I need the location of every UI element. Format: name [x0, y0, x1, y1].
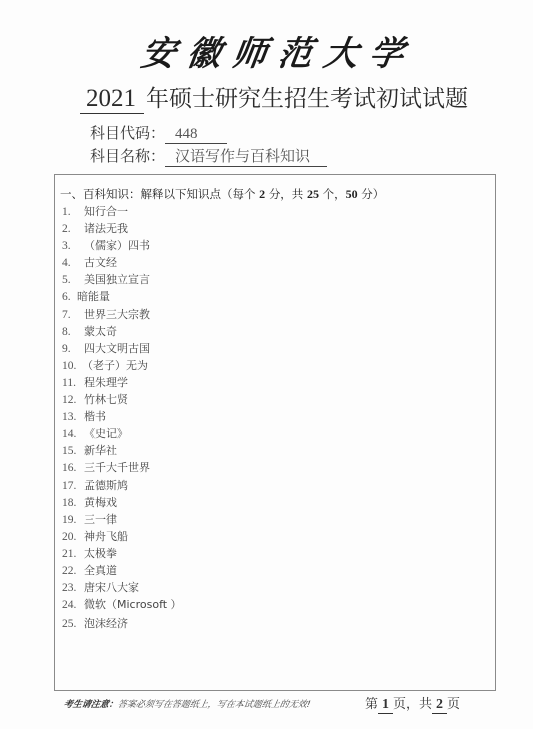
question-item: 4.古文经	[62, 254, 182, 271]
item-number: 1.	[62, 204, 84, 221]
exam-title: 2021年硕士研究生招生考试初试试题	[80, 80, 468, 114]
question-item: 15.新华社	[62, 442, 182, 459]
item-number: 9.	[62, 341, 84, 358]
question-item: 8.蒙太奇	[62, 323, 182, 340]
question-item: 11.程朱理学	[62, 374, 182, 391]
item-number: 3.	[62, 238, 84, 255]
question-item: 1.知行合一	[62, 203, 182, 220]
question-item: 16.三千大千世界	[62, 459, 182, 476]
question-item: 5.美国独立宣言	[62, 271, 182, 288]
heading-text: 个，	[323, 187, 346, 201]
points-each: 2	[259, 187, 265, 201]
item-number: 10.	[62, 358, 82, 375]
item-number: 21.	[62, 546, 84, 563]
university-char: 学	[367, 26, 408, 75]
subject-name-label: 科目名称：	[90, 147, 165, 165]
item-number: 11.	[62, 375, 84, 392]
item-number: 18.	[62, 495, 84, 512]
item-number: 14.	[62, 426, 84, 443]
item-number: 23.	[62, 580, 84, 597]
item-number: 4.	[62, 255, 84, 272]
item-text: 神舟飞船	[84, 530, 128, 543]
item-text: 全真道	[84, 564, 117, 577]
item-number: 16.	[62, 460, 84, 477]
item-number: 22.	[62, 563, 84, 580]
question-item: 3.（儒家）四书	[62, 237, 182, 254]
question-item: 14.《史记》	[62, 425, 182, 442]
university-char: 安	[139, 26, 180, 75]
question-item: 19.三一律	[62, 511, 182, 528]
item-text: 三一律	[84, 513, 117, 526]
item-text: 三千大千世界	[84, 461, 150, 474]
item-text: 蒙太奇	[84, 325, 117, 338]
subject-code-label: 科目代码：	[90, 124, 165, 142]
current-page-number: 1	[378, 697, 393, 714]
item-text: 四大文明古国	[84, 342, 150, 355]
university-char: 师	[230, 26, 271, 75]
total-pages-number: 2	[432, 697, 447, 714]
question-item: 17.孟德斯鸠	[62, 477, 182, 494]
item-text: （儒家）四书	[84, 239, 150, 252]
item-text: 世界三大宗教	[84, 308, 150, 321]
item-text: 泡沫经济	[84, 617, 128, 630]
item-text: 诸法无我	[84, 222, 128, 235]
heading-text: 一、百科知识：解释以下知识点（每个	[60, 187, 256, 201]
section-heading: 一、百科知识：解释以下知识点（每个 2 分，共 25 个，50 分）	[60, 186, 384, 202]
item-text: 微软（Microsoft ）	[84, 598, 182, 611]
item-text: 楷书	[84, 410, 106, 423]
item-number: 24.	[62, 597, 84, 614]
question-item: 7.世界三大宗教	[62, 306, 182, 323]
heading-text: 分）	[361, 187, 384, 201]
item-text: 知行合一	[84, 205, 128, 218]
item-number: 2.	[62, 221, 84, 238]
question-item: 6.暗能量	[62, 288, 182, 305]
exam-year: 2021	[80, 85, 144, 114]
item-text: 《史记》	[84, 427, 128, 440]
page-text: 页，共	[393, 697, 432, 712]
question-list: 1.知行合一 2.诸法无我 3.（儒家）四书 4.古文经 5.美国独立宣言 6.…	[62, 203, 182, 632]
item-number: 25.	[62, 616, 84, 633]
university-char: 徽	[184, 26, 225, 75]
item-text: 新华社	[84, 444, 117, 457]
question-item: 21.太极拳	[62, 545, 182, 562]
item-number: 12.	[62, 392, 84, 409]
item-text: 黄梅戏	[84, 496, 117, 509]
item-text: （老子）无为	[82, 359, 148, 372]
item-number: 6.	[62, 289, 77, 306]
question-item: 10.（老子）无为	[62, 357, 182, 374]
item-number: 20.	[62, 529, 84, 546]
page-text: 第	[365, 697, 378, 712]
item-number: 7.	[62, 307, 84, 324]
subject-code-value: 448	[165, 126, 227, 144]
question-item: 24.微软（Microsoft ）	[62, 596, 182, 613]
item-text: 孟德斯鸠	[84, 479, 128, 492]
item-text: 暗能量	[77, 290, 110, 303]
item-text: 程朱理学	[84, 376, 128, 389]
subject-name-row: 科目名称：汉语写作与百科知识	[90, 145, 327, 167]
heading-text: 分，共	[269, 187, 304, 201]
item-text: 美国独立宣言	[84, 273, 150, 286]
question-item: 12.竹林七贤	[62, 391, 182, 408]
item-number: 13.	[62, 409, 84, 426]
subject-name-value: 汉语写作与百科知识	[165, 145, 327, 167]
candidate-notice: 考生请注意：答案必须写在答题纸上，写在本试题纸上的无效!	[63, 697, 312, 710]
university-char: 范	[275, 26, 316, 75]
item-number: 8.	[62, 324, 84, 341]
question-item: 2.诸法无我	[62, 220, 182, 237]
item-text: 古文经	[84, 256, 117, 269]
page-indicator: 第1页，共2页	[365, 693, 460, 714]
notice-label: 考生请注意：	[63, 700, 119, 710]
item-number: 5.	[62, 272, 84, 289]
page-text: 页	[447, 697, 460, 712]
question-item: 22.全真道	[62, 562, 182, 579]
university-char: 大	[321, 26, 362, 75]
item-text: 竹林七贤	[84, 393, 128, 406]
question-item: 18.黄梅戏	[62, 494, 182, 511]
university-name-calligraphy: 安 徽 师 范 大 学	[139, 28, 407, 72]
question-item: 9.四大文明古国	[62, 340, 182, 357]
item-number: 19.	[62, 512, 84, 529]
question-item: 25.泡沫经济	[62, 615, 182, 632]
subject-code-row: 科目代码：448	[90, 122, 227, 144]
question-item: 13.楷书	[62, 408, 182, 425]
question-item: 20.神舟飞船	[62, 528, 182, 545]
item-text: 太极拳	[84, 547, 117, 560]
item-number: 15.	[62, 443, 84, 460]
item-count: 25	[307, 187, 319, 201]
item-text: 唐宋八大家	[84, 581, 139, 594]
exam-title-text: 年硕士研究生招生考试初试试题	[146, 86, 468, 112]
item-number: 17.	[62, 478, 84, 495]
total-points: 50	[346, 187, 358, 201]
notice-text: 答案必须写在答题纸上，写在本试题纸上的无效!	[117, 700, 311, 710]
question-item: 23.唐宋八大家	[62, 579, 182, 596]
